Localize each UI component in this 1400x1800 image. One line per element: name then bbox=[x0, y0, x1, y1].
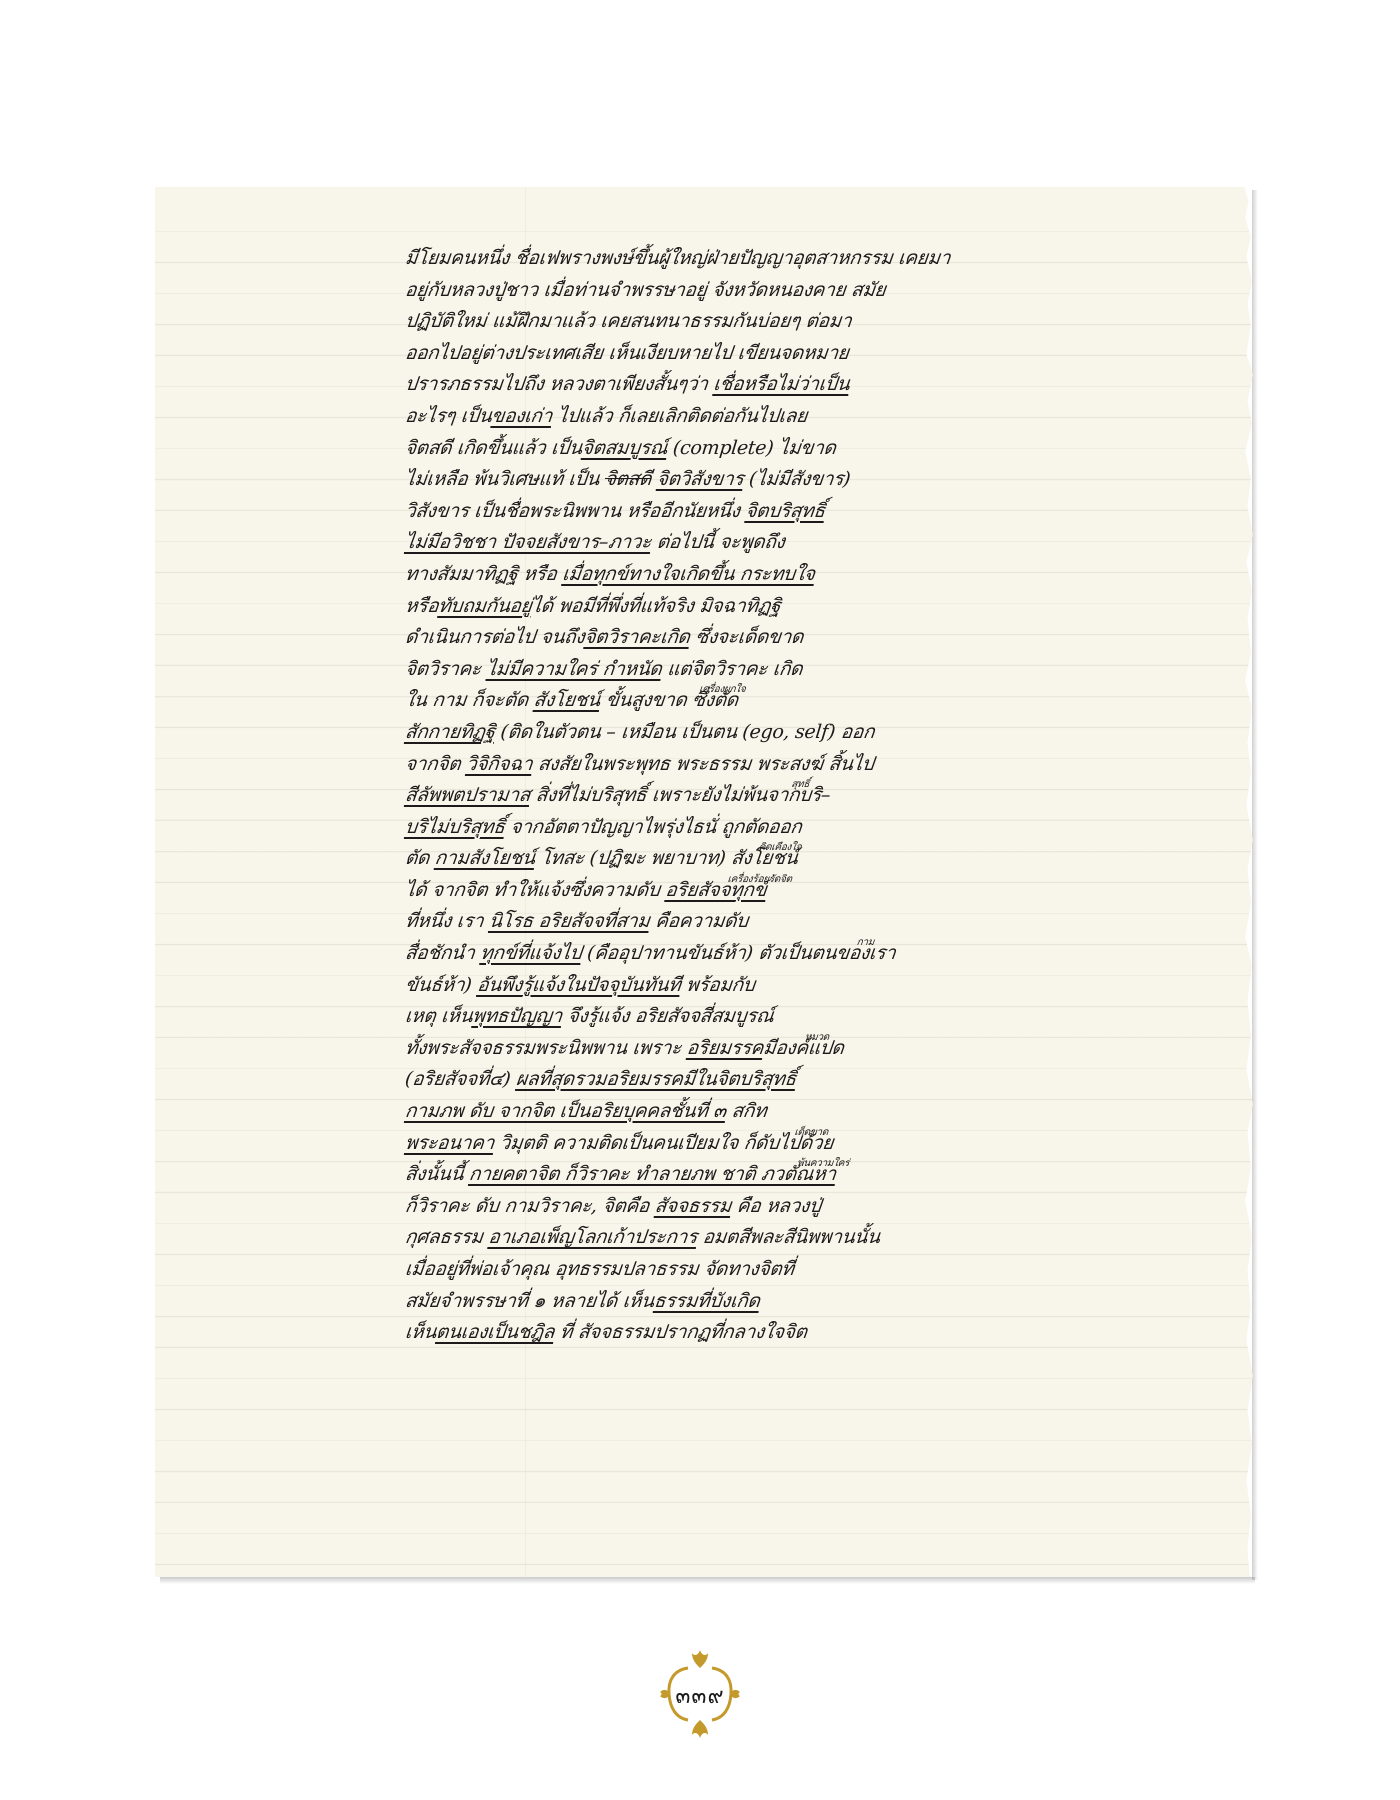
underlined-phrase: ไม่มีอวิชชา ปัจจยสังขาร–ภาวะ bbox=[404, 531, 652, 553]
margin-annotation: กาม bbox=[856, 937, 875, 948]
manuscript-line: (อริยสัจจที่๔) ผลที่สุดรวมอริยมรรคมีในจิ… bbox=[403, 1064, 1106, 1096]
manuscript-line: ไม่เหลือ พ้นวิเศษแท้ เป็น จิตสดี จิตวิสั… bbox=[403, 464, 1106, 496]
manuscript-line: ออกไปอยู่ต่างประเทศเสีย เห็นเงียบหายไป เ… bbox=[403, 338, 1106, 370]
underlined-phrase: จิตวิสังขาร bbox=[656, 468, 745, 490]
margin-annotation: เครื่องร้อยรัดจิต bbox=[727, 874, 792, 885]
underlined-phrase: พระอนาคา bbox=[404, 1132, 495, 1154]
manuscript-line: จิตสดี เกิดขึ้นแล้ว เป็นจิตสมบูรณ์ (comp… bbox=[403, 433, 1106, 465]
manuscript-line: หรือทับถมกันอยู่ได้ พอมีที่พึ่งที่แท้จริ… bbox=[403, 591, 1106, 623]
manuscript-line: จิตวิราคะ ไม่มีความใคร่ กำหนัด แต่จิตวิร… bbox=[403, 654, 1106, 686]
underlined-phrase: ทับถมกันอยู่ bbox=[437, 595, 533, 617]
underlined-phrase: ไม่มีความใคร่ กำหนัด bbox=[486, 658, 663, 680]
underlined-phrase: ผลที่สุดรวมอริยมรรคมีในจิตบริสุทธิ์ bbox=[515, 1068, 797, 1090]
underlined-phrase: เชื่อหรือไม่ว่าเป็น bbox=[712, 373, 850, 395]
page-number: ๓๓๙ bbox=[658, 1678, 742, 1713]
paper-shadow-right bbox=[1252, 190, 1258, 1580]
underlined-phrase: ธรรมที่บังเกิด bbox=[653, 1290, 761, 1312]
manuscript-line: กามภพ ดับ จากจิต เป็นอริยบุคคลชั้นที่ ๓ … bbox=[403, 1096, 1106, 1128]
struck-word: จิตสดี bbox=[604, 468, 653, 490]
manuscript-line: ดำเนินการต่อไป จนถึงจิตวิราคะเกิด ซึ่งจะ… bbox=[403, 622, 1106, 654]
underlined-phrase: กามภพ ดับ จากจิต เป็นอริยบุคคลชั้นที่ ๓ bbox=[404, 1100, 727, 1122]
underlined-phrase: ของเก่า bbox=[490, 405, 553, 427]
underlined-phrase: บริไม่บริสุทธิ์ bbox=[404, 816, 506, 838]
manuscript-line: เห็นตนเองเป็นชฎิล ที่ สัจจธรรมปรากฏที่กล… bbox=[403, 1317, 1106, 1349]
manuscript-line: มีโยมคนหนึ่ง ชื่อเฟพรางพงษ์ขึ้นผู้ใหญ่ฝ่… bbox=[403, 243, 1106, 275]
manuscript-line: กุศลธรรม อาเภอเพ็ญโลกเก้าประการ อมตสีพละ… bbox=[403, 1222, 1106, 1254]
manuscript-line: สีลัพพตปรามาส สิ่งที่ไม่บริสุทธิ์ เพราะย… bbox=[403, 780, 1106, 812]
manuscript-line: อยู่กับหลวงปู่ชาว เมื่อท่านจำพรรษาอยู่ จ… bbox=[403, 275, 1106, 307]
manuscript-line: บริไม่บริสุทธิ์ จากอัตตาปัญญาไพรุ่งไธนั่… bbox=[403, 812, 1106, 844]
underlined-phrase: จิตวิราคะเกิด bbox=[583, 626, 691, 648]
margin-annotation: พ้นความใคร่ bbox=[796, 1158, 849, 1169]
underlined-phrase: อันพึงรู้แจ้งในปัจจุบันทันที bbox=[476, 974, 682, 996]
underlined-phrase: สักกายทิฏฐิ bbox=[404, 721, 496, 743]
page-number-ornament: ๓๓๙ bbox=[658, 1650, 742, 1738]
underlined-phrase: จิตบริสุทธิ์ bbox=[744, 500, 826, 522]
manuscript-line: อะไรๆ เป็นของเก่า ไปแล้ว ก็เลยเลิกติดต่อ… bbox=[403, 401, 1106, 433]
margin-annotation: เครื่องผูกใจ bbox=[698, 684, 745, 695]
manuscript-line: สื่อชักนำ ทุกข์ที่แจ้งไป (คืออุปาทานขันธ… bbox=[403, 938, 1106, 970]
manuscript-line: สักกายทิฏฐิ (ติดในตัวตน – เหมือน เป็นตน … bbox=[403, 717, 1106, 749]
handwritten-text: มีโยมคนหนึ่ง ชื่อเฟพรางพงษ์ขึ้นผู้ใหญ่ฝ่… bbox=[405, 243, 1105, 1349]
underlined-phrase: ทุกข์ที่แจ้งไป bbox=[479, 942, 582, 964]
underlined-phrase: สีลัพพตปรามาส bbox=[404, 784, 531, 806]
manuscript-line: ขันธ์ห้า) อันพึงรู้แจ้งในปัจจุบันทันที พ… bbox=[403, 970, 1106, 1002]
underlined-phrase: นิโรธ อริยสัจจที่สาม bbox=[488, 910, 651, 932]
underlined-phrase: สัจจธรรม bbox=[654, 1195, 733, 1217]
underlined-phrase: อริยมรรค bbox=[686, 1037, 765, 1059]
manuscript-line: ทั้งพระสัจจธรรมพระนิพพาน เพราะ อริยมรรคม… bbox=[403, 1033, 1106, 1065]
margin-annotation: สุทธิ์ bbox=[791, 779, 810, 790]
underlined-phrase: กามสังโยชน์ bbox=[434, 847, 536, 869]
underlined-phrase: วิจิกิจฉา bbox=[465, 753, 534, 775]
manuscript-line: ใน กาม ก็จะตัด สังโยชน์ ขั้นสูงขาด ซึ่งต… bbox=[403, 685, 1106, 717]
manuscript-line: ไม่มีอวิชชา ปัจจยสังขาร–ภาวะ ต่อไปนี้ จะ… bbox=[403, 527, 1106, 559]
margin-annotation: เด็ดขาด bbox=[794, 1127, 829, 1138]
underlined-phrase: สังโยชน์ bbox=[533, 689, 602, 711]
manuscript-line: ปรารภธรรมไปถึง หลวงตาเพียงสั้นๆว่า เชื่อ… bbox=[403, 369, 1106, 401]
manuscript-line: ที่หนึ่ง เรา นิโรธ อริยสัจจที่สาม คือควา… bbox=[403, 906, 1106, 938]
manuscript-line: สิ่งนั้นนี้ กายคตาจิต ก็วิราคะ ทำลายภพ ช… bbox=[403, 1159, 1106, 1191]
underlined-phrase: อาเภอเพ็ญโลกเก้าประการ bbox=[487, 1226, 698, 1248]
manuscript-line: จากจิต วิจิกิจฉา สงสัยในพระพุทธ พระธรรม … bbox=[403, 749, 1106, 781]
manuscript-line: สมัยจำพรรษาที่ ๑ หลายได้ เห็นธรรมที่บังเ… bbox=[403, 1286, 1106, 1318]
paper-shadow-bottom bbox=[160, 1577, 1255, 1584]
underlined-phrase: เมื่อทุกข์ทางใจเกิดขึ้น กระทบใจ bbox=[561, 563, 816, 585]
manuscript-line: พระอนาคา วิมุตติ ความติดเป็นคนเปียมใจ ก็… bbox=[403, 1128, 1106, 1160]
manuscript-line: เมื่ออยู่ที่พ่อเจ้าคุณ อุทธรรมปลาธรรม จั… bbox=[403, 1254, 1106, 1286]
manuscript-line: ปฏิบัติใหม่ แม้ฝึกมาแล้ว เคยสนทนาธรรมกัน… bbox=[403, 306, 1106, 338]
underlined-phrase: กายคตาจิต ก็วิราคะ ทำลายภพ ชาติ ภวตัณหา bbox=[468, 1163, 837, 1185]
underlined-phrase: ตนเองเป็นชฎิล bbox=[435, 1321, 555, 1343]
margin-annotation: หมวด bbox=[804, 1032, 829, 1043]
manuscript-line: ได้ จากจิต ทำให้แจ้งซึ่งความดับ อริยสัจจ… bbox=[403, 875, 1106, 907]
manuscript-line: ทางสัมมาทิฏฐิ หรือ เมื่อทุกข์ทางใจเกิดขึ… bbox=[403, 559, 1106, 591]
manuscript-line: วิสังขาร เป็นชื่อพระนิพพาน หรืออีกนัยหนึ… bbox=[403, 496, 1106, 528]
underlined-phrase: พุทธปัญญา bbox=[471, 1005, 563, 1027]
underlined-phrase: จิตสมบูรณ์ bbox=[581, 437, 669, 459]
manuscript-line: ตัด กามสังโยชน์ โทสะ (ปฏิฆะ พยาบาท) สังโ… bbox=[403, 843, 1106, 875]
manuscript-line: เหตุ เห็นพุทธปัญญา จึงรู้แจ้ง อริยสัจจสี… bbox=[403, 1001, 1106, 1033]
manuscript-line: ก็วิราคะ ดับ กามวิราคะ, จิตคือ สัจจธรรม … bbox=[403, 1191, 1106, 1223]
margin-annotation: คิดเคืองใจ bbox=[758, 842, 802, 853]
